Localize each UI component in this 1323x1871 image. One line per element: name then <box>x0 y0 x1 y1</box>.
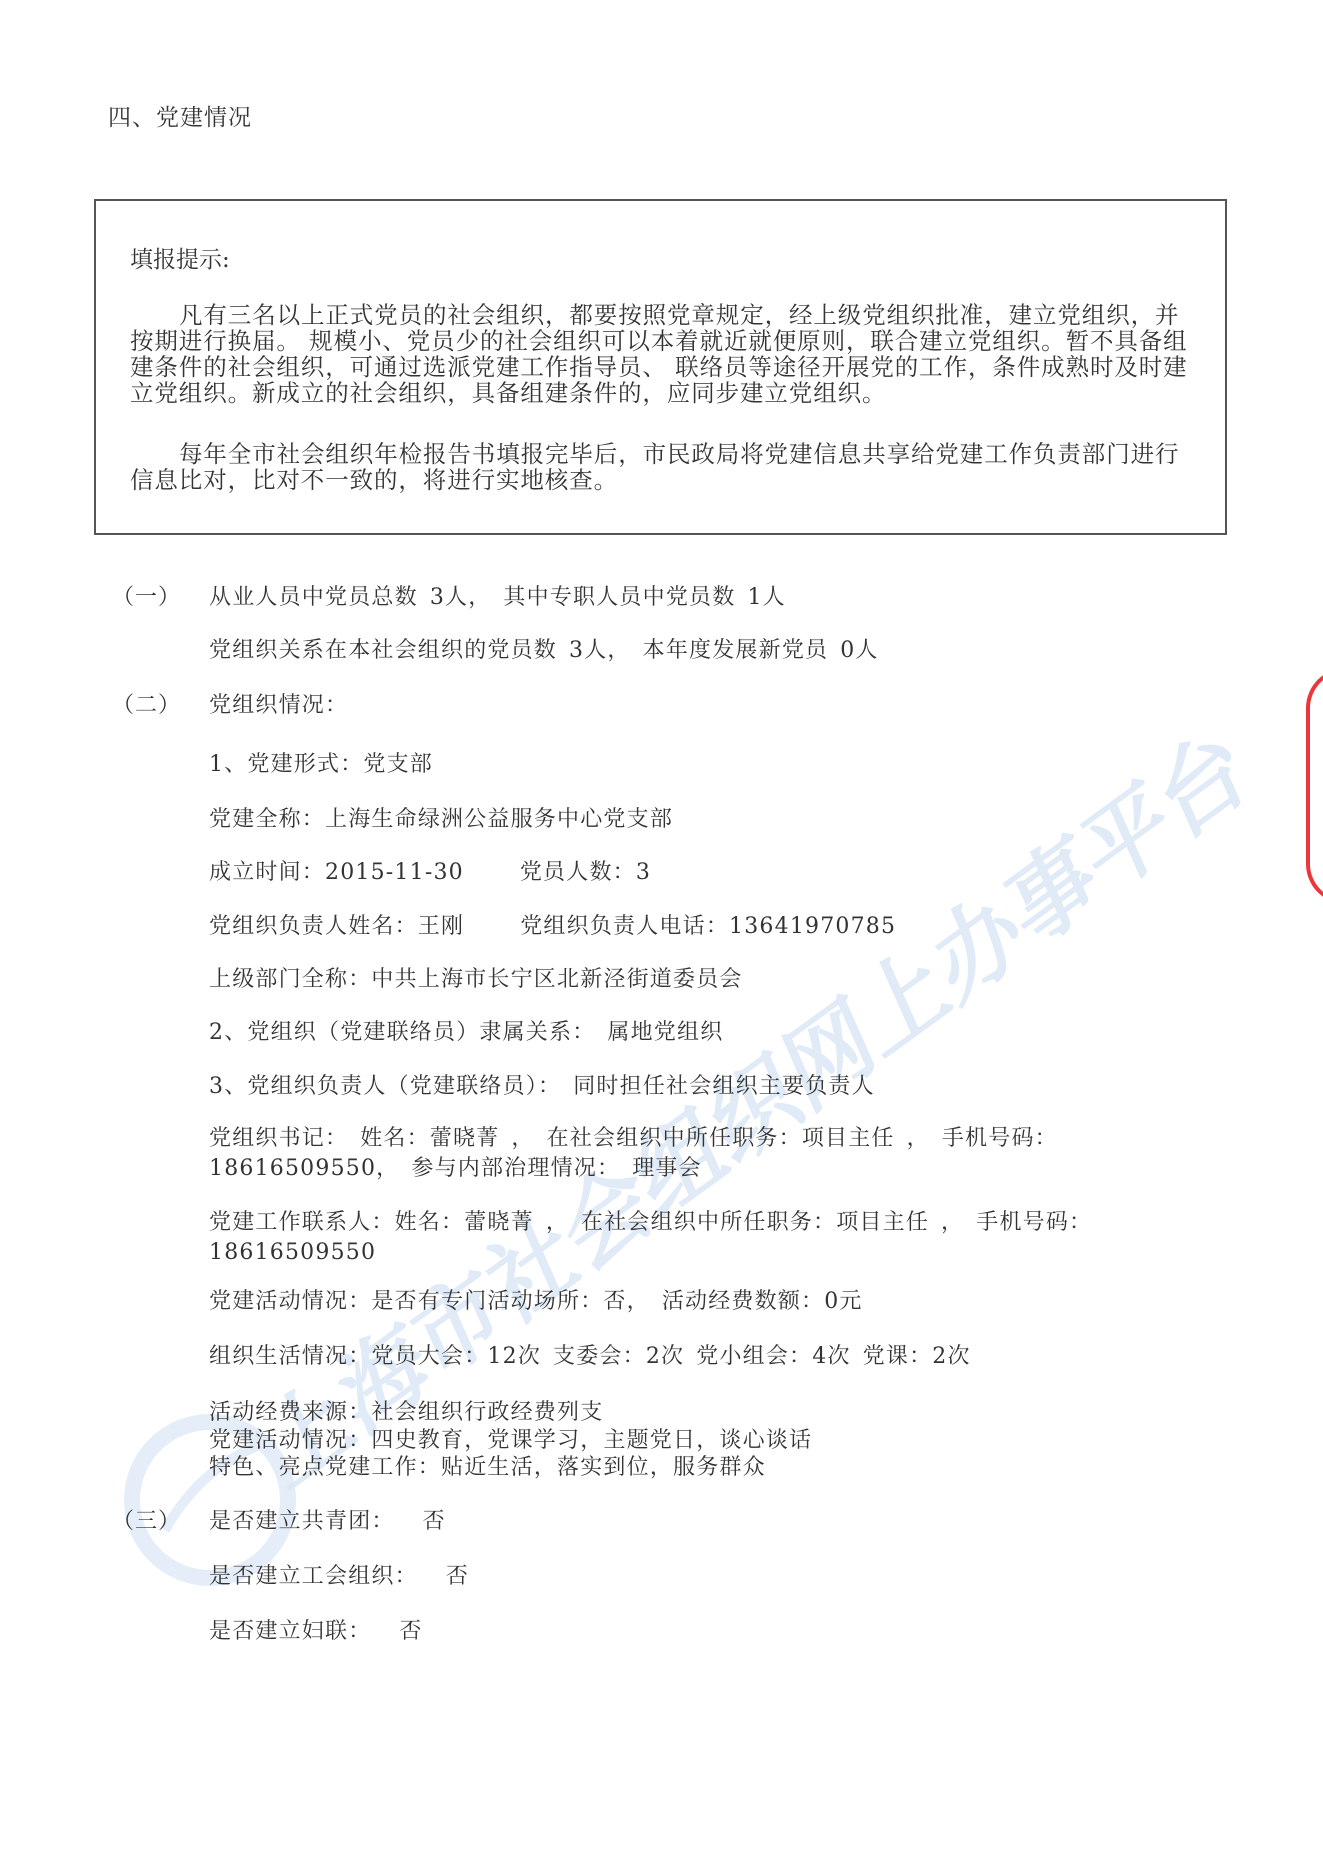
youth-league-value: 否 <box>423 1509 446 1534</box>
seal-stamp-icon <box>1306 668 1323 904</box>
activity-detail-value: 四史教育，党课学习，主题党日，谈心谈话 <box>371 1428 812 1453</box>
notice-heading: 填报提示: <box>130 246 230 274</box>
funding-source-value: 社会组织行政经费列支 <box>371 1400 603 1425</box>
union-row: 是否建立工会组织：否 <box>209 1564 469 1590</box>
contact-phone-value: 18616509550 <box>209 1240 376 1265</box>
union-value: 否 <box>446 1564 469 1589</box>
general-meeting-value: 12次 <box>487 1344 541 1369</box>
youth-league-label: 是否建立共青团： <box>209 1509 395 1534</box>
secretary-phone-value: 18616509550， <box>209 1156 399 1181</box>
group-meeting-label: 党小组会： <box>696 1344 812 1369</box>
leader-role-label: 3、党组织负责人（党建联络员）： <box>209 1074 561 1099</box>
secretary-position-label: 在社会组织中所任职务： <box>547 1126 802 1151</box>
leader-name-value: 王刚 <box>418 914 464 939</box>
governance-value: 理事会 <box>632 1156 702 1181</box>
leader-phone-label: 党组织负责人电话： <box>520 914 729 939</box>
party-form-row: 1、党建形式：党支部 <box>209 752 433 778</box>
contact-block: 党建工作联系人：姓名：蕾晓菁，在社会组织中所任职务：项目主任，手机号码： 186… <box>209 1208 1092 1268</box>
relation-members-value: 3人， <box>569 638 631 663</box>
committee-label: 支委会： <box>553 1344 646 1369</box>
part1-marker: （一） <box>112 585 181 611</box>
group-meeting-value: 4次 <box>812 1344 850 1369</box>
fulltime-members-label: 其中专职人员中党员数 <box>503 585 735 610</box>
member-count-label: 党员人数： <box>520 860 636 885</box>
governance-label: 参与内部治理情况： <box>411 1156 620 1181</box>
org-life-label: 组织生活情况： <box>209 1344 371 1369</box>
party-form-label: 1、党建形式： <box>209 752 363 777</box>
contact-label: 党建工作联系人： <box>209 1210 395 1235</box>
contact-name-value: 蕾晓菁 <box>464 1210 534 1235</box>
highlights-value: 贴近生活，落实到位，服务群众 <box>441 1455 766 1480</box>
union-label: 是否建立工会组织： <box>209 1564 418 1589</box>
women-federation-label: 是否建立妇联： <box>209 1619 371 1644</box>
notice-box: 填报提示: 凡有三名以上正式党员的社会组织，都要按照党章规定，经上级党组织批准，… <box>94 199 1227 535</box>
leader-name-label: 党组织负责人姓名： <box>209 914 418 939</box>
new-members-label: 本年度发展新党员 <box>643 638 829 663</box>
separator: ， <box>546 1210 569 1235</box>
relation-members-row: 党组织关系在本社会组织的党员数3人，本年度发展新党员0人 <box>209 638 879 664</box>
founded-value: 2015-11-30 <box>325 860 464 885</box>
lesson-label: 党课： <box>863 1344 933 1369</box>
document-page: 四、党建情况 填报提示: 凡有三名以上正式党员的社会组织，都要按照党章规定，经上… <box>0 0 1323 1871</box>
superior-value: 中共上海市长宁区北新泾街道委员会 <box>371 967 742 992</box>
committee-value: 2次 <box>646 1344 684 1369</box>
venue-value: 否， <box>603 1289 649 1314</box>
affiliation-label: 2、党组织（党建联络员）隶属关系： <box>209 1020 595 1045</box>
secretary-name-value: 蕾晓菁 <box>430 1126 500 1151</box>
notice-paragraph: 每年全市社会组织年检报告书填报完毕后，市民政局将党建信息共享给党建工作负责部门进… <box>130 441 1202 493</box>
org-life-row: 组织生活情况：党员大会：12次支委会：2次党小组会：4次党课：2次 <box>209 1344 971 1370</box>
total-members-label: 从业人员中党员总数 <box>209 585 418 610</box>
notice-paragraph: 凡有三名以上正式党员的社会组织，都要按照党章规定，经上级党组织批准，建立党组织，… <box>130 302 1202 406</box>
secretary-label: 党组织书记： <box>209 1126 348 1151</box>
founded-label: 成立时间： <box>209 860 325 885</box>
secretary-phone-label: 手机号码： <box>942 1126 1058 1151</box>
superior-label: 上级部门全称： <box>209 967 371 992</box>
separator: ， <box>511 1126 534 1151</box>
party-fullname-label: 党建全称： <box>209 807 325 832</box>
funds-value: 0元 <box>824 1289 862 1314</box>
highlights-label: 特色、亮点党建工作： <box>209 1455 441 1480</box>
secretary-block: 党组织书记：姓名：蕾晓菁，在社会组织中所任职务：项目主任，手机号码： 18616… <box>209 1124 1058 1184</box>
funds-label: 活动经费数额： <box>662 1289 824 1314</box>
venue-label: 是否有专门活动场所： <box>371 1289 603 1314</box>
youth-league-row: 是否建立共青团：否 <box>209 1509 446 1535</box>
contact-phone-label: 手机号码： <box>976 1210 1092 1235</box>
funding-source-label: 活动经费来源： <box>209 1400 371 1425</box>
leader-role-value: 同时担任社会组织主要负责人 <box>573 1074 875 1099</box>
activity-row: 党建活动情况：是否有专门活动场所：否，活动经费数额：0元 <box>209 1289 863 1315</box>
women-federation-value: 否 <box>399 1619 422 1644</box>
lesson-value: 2次 <box>932 1344 970 1369</box>
part3-marker: （三） <box>112 1509 181 1535</box>
superior-row: 上级部门全称：中共上海市长宁区北新泾街道委员会 <box>209 967 743 993</box>
secretary-position-value: 项目主任 <box>802 1126 895 1151</box>
separator: ， <box>941 1210 964 1235</box>
contact-position-label: 在社会组织中所任职务： <box>581 1210 836 1235</box>
activity-details-block: 活动经费来源：社会组织行政经费列支 党建活动情况：四史教育，党课学习，主题党日，… <box>209 1399 812 1482</box>
affiliation-row: 2、党组织（党建联络员）隶属关系：属地党组织 <box>209 1020 723 1046</box>
contact-position-value: 项目主任 <box>836 1210 929 1235</box>
party-fullname-value: 上海生命绿洲公益服务中心党支部 <box>325 807 673 832</box>
fulltime-members-value: 1人 <box>747 585 785 610</box>
secretary-name-label: 姓名： <box>360 1126 430 1151</box>
women-federation-row: 是否建立妇联：否 <box>209 1619 423 1645</box>
section-title: 四、党建情况 <box>108 104 252 132</box>
total-members-value: 3人， <box>430 585 492 610</box>
activity-detail-label: 党建活动情况： <box>209 1428 371 1453</box>
separator: ， <box>907 1126 930 1151</box>
affiliation-value: 属地党组织 <box>607 1020 723 1045</box>
activity-label: 党建活动情况： <box>209 1289 371 1314</box>
general-meeting-label: 党员大会： <box>371 1344 487 1369</box>
leader-row: 党组织负责人姓名：王刚党组织负责人电话：13641970785 <box>209 914 896 940</box>
leader-role-row: 3、党组织负责人（党建联络员）：同时担任社会组织主要负责人 <box>209 1074 875 1100</box>
part2-marker: （二） <box>112 693 181 719</box>
leader-phone-value: 13641970785 <box>729 914 896 939</box>
party-member-counts-row: 从业人员中党员总数3人，其中专职人员中党员数1人 <box>209 585 786 611</box>
party-fullname-row: 党建全称：上海生命绿洲公益服务中心党支部 <box>209 807 673 833</box>
contact-name-label: 姓名： <box>395 1210 465 1235</box>
relation-members-label: 党组织关系在本社会组织的党员数 <box>209 638 557 663</box>
founded-row: 成立时间：2015-11-30党员人数：3 <box>209 860 651 886</box>
party-form-value: 党支部 <box>363 752 433 777</box>
member-count-value: 3 <box>636 860 651 885</box>
new-members-value: 0人 <box>840 638 878 663</box>
party-org-heading: 党组织情况： <box>209 693 348 719</box>
